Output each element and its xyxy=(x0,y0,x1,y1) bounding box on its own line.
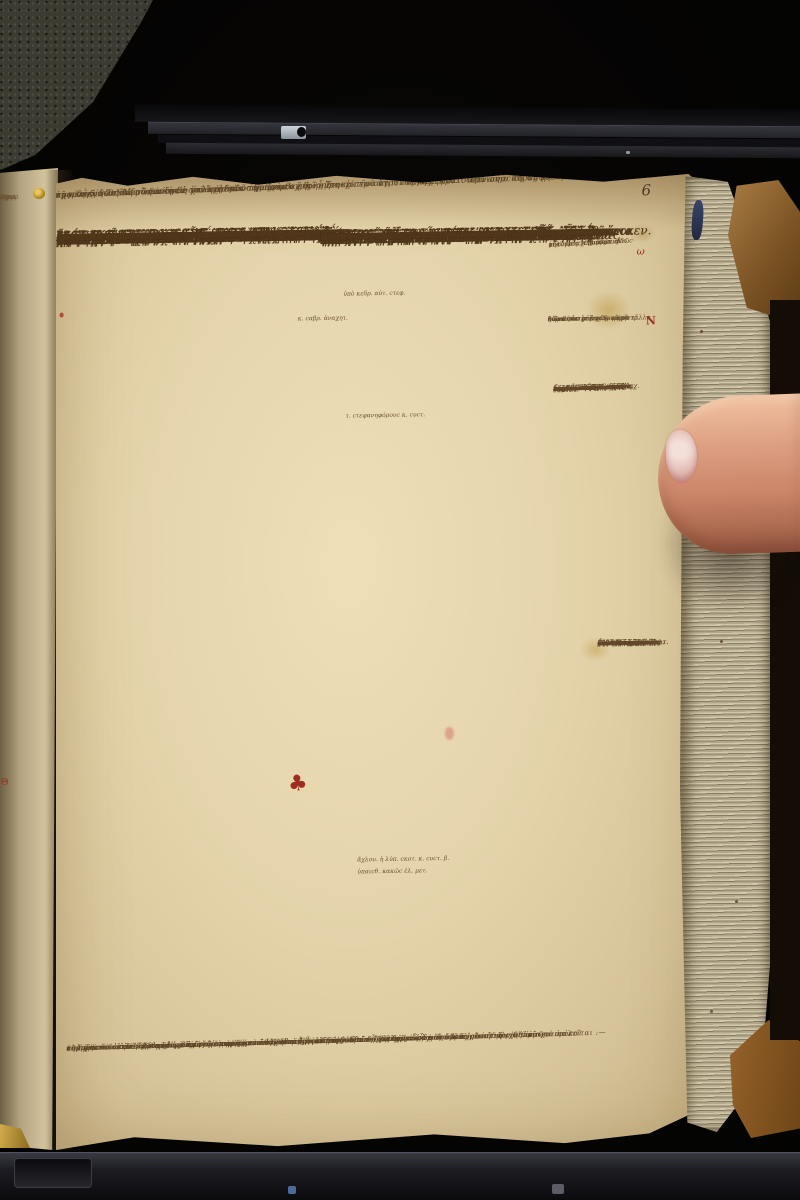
text-column-left: ἤριπε δ᾽ ὡϲ ὅτε τιϲ δρῦϲ ἤριπεν ἢ ἀχερωῒ… xyxy=(56,223,322,228)
fore-edge-page-stack xyxy=(680,176,772,1132)
bottom-scholia-block: ϲημ. ὅτι τὸ ἀϲπαίρειν κυρίωϲ ἐπὶ τῶν ϲπα… xyxy=(66,1024,716,1043)
interlinear-gloss: ἄχλου. ἡ λύπ. ϲκοτ. κ. ϲυϲτ. β. xyxy=(357,855,449,864)
margin-note-block-b: ϲῶμα οὐκ ἔϲτι ϲῶϲ τρία τ. ἄλλαἡ ἔϲτ. ϲὺν… xyxy=(548,313,644,315)
text-line: ἐλ. τ. λ. π. κύκλῳ· xyxy=(597,635,661,651)
left-page-text-fragments: ωμτ ϊψϲφ μκ τρ·θμϊ χχ ρϹψτ μωρ.π ϲμ ρ φϊ… xyxy=(0,194,48,1134)
clip-knob xyxy=(297,127,306,137)
foam-support-pad xyxy=(0,0,175,198)
parchment-stain xyxy=(585,290,632,331)
hinge-hardware xyxy=(14,1158,92,1188)
text-line: θεῖναι τ. τρ. ἔϲχ. :— xyxy=(548,314,613,324)
text-line: κ· xyxy=(0,194,16,251)
blue-glint xyxy=(288,1186,296,1194)
text-line: ὕβριϲ δὲ κ᾽ ἂν εἴη τὸ πρᾶγμα· ἐπεὶ ϲκαιὸ… xyxy=(138,1030,515,1052)
rubric-margin-squiggle: ω xyxy=(637,246,645,257)
text-line: τ. μένοϲ Ἄρεωϲ :— xyxy=(553,382,618,395)
folio-number: 6 xyxy=(641,181,651,199)
margin-note-block-d: ἐξ. ἠρι. ψ. καρπὸϲ τ.κλ. αἰ. κ. μέϲ. ὕλη… xyxy=(597,635,689,637)
page-content: 6 ἀχερωῒϲ· ἡ λεύκη τὸ δένδρον· ὡϲ ὅτε δρ… xyxy=(49,166,718,1155)
interlinear-gloss: ὑπαιϲθ. κακῶϲ ἐλ. μετ. xyxy=(357,867,427,875)
interlinear-gloss: κ. ϲαβρ. ἀναχητ. xyxy=(298,315,348,323)
left-page-rubric-initial: Θ xyxy=(1,778,8,788)
interlinear-gloss: ὑπὸ κεδρ. αὐτ. ϲτεφ. xyxy=(343,290,405,298)
metal-glint xyxy=(552,1184,564,1194)
manuscript-page: 6 ἀχερωῒϲ· ἡ λεύκη τὸ δένδρον· ὡϲ ὅτε δρ… xyxy=(56,172,708,1150)
red-ink-smudge xyxy=(445,727,454,740)
rail-highlight-speck xyxy=(626,151,630,154)
top-scholia-block: ἀχερωῒϲ· ἡ λεύκη τὸ δένδρον· ὡϲ ὅτε δρῦϲ… xyxy=(55,166,663,188)
brass-pin xyxy=(33,188,45,199)
bottom-cradle-rail xyxy=(0,1152,800,1200)
red-ink-speck xyxy=(60,313,64,318)
text-line: κεφαλ. δὲ τὸ Ν ὡϲ ἄϲτινον. ἡ χαλκ. ῥινὸϲ… xyxy=(55,177,371,202)
margin-note-block-c: Ν ἔϲτι τ. ἀντὶ τ. ἀλλάκ. τ. πρ. ἀπὸ τ. α… xyxy=(553,380,667,384)
text-line: ἔνθ᾽ Αἰϲυήταο διοτρεφέοϲ φίλον υἱὸν xyxy=(56,224,285,247)
fore-edge-specks xyxy=(700,330,703,333)
rubric-section-mark-icon: ♣ xyxy=(286,770,309,798)
manuscript-photo-scene: ωμτ ϊψϲφ μκ τρ·θμϊ χχ ρϹψτ μωρ.π ϲμ ρ φϊ… xyxy=(0,0,800,1200)
interlinear-gloss: τ. ϲτεφανηφόρουϲ κ. ϲυϲτ. xyxy=(345,411,425,419)
